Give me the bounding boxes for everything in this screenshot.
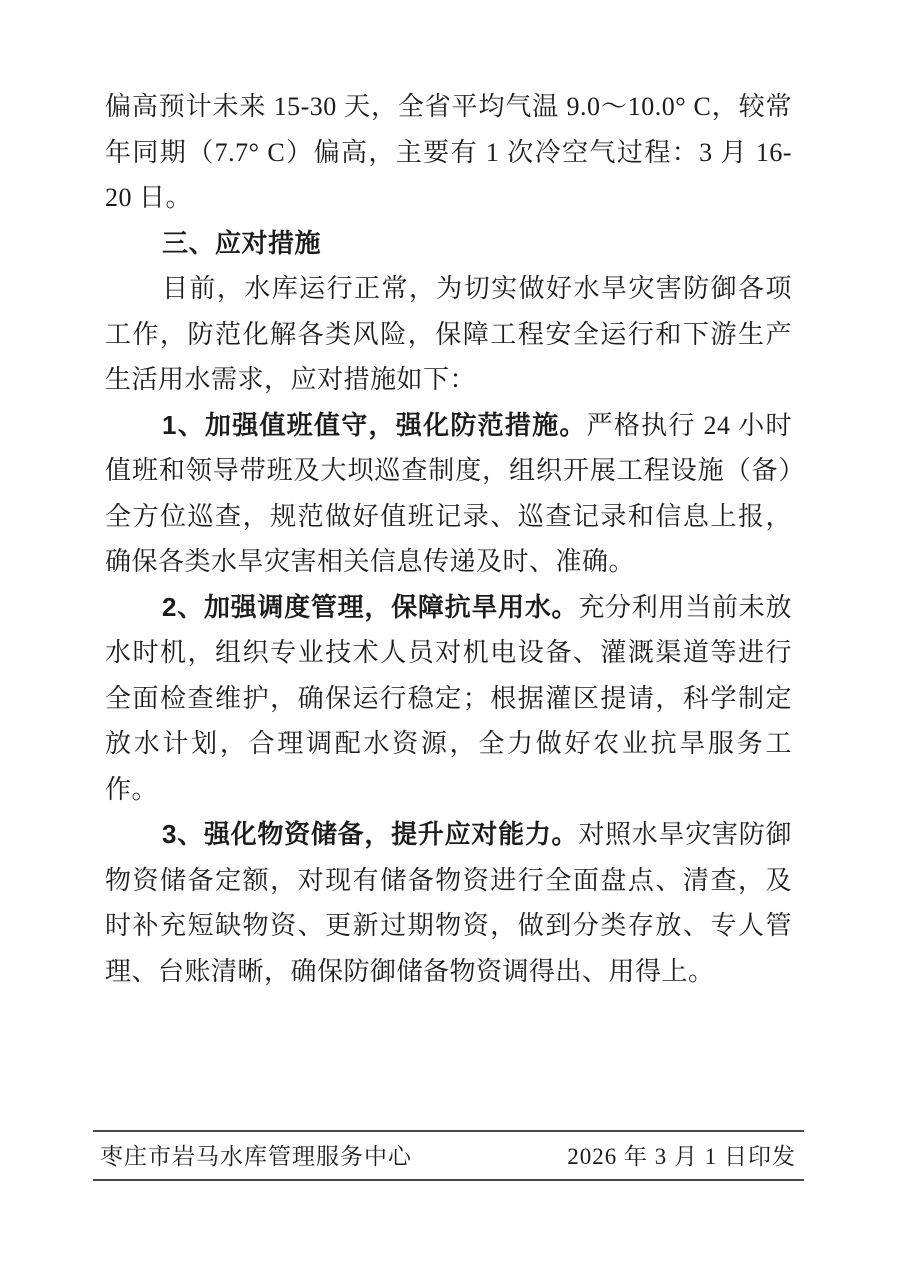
- print-date: 2026 年 3 月 1 日印发: [567, 1138, 796, 1171]
- issuer-name: 枣庄市岩马水库管理服务中心: [100, 1138, 412, 1171]
- section-heading: 三、应对措施: [105, 221, 792, 267]
- measure-1-title: 1、加强值班值守，强化防范措施。: [162, 410, 587, 440]
- measure-2-text: 充分利用当前未放水时机，组织专业技术人员对机电设备、灌溉渠道等进行全面检查维护，…: [105, 593, 792, 804]
- document-page: 偏高预计未来 15-30 天，全省平均气温 9.0～10.0° C，较常年同期（…: [0, 0, 900, 1277]
- document-body: 偏高预计未来 15-30 天，全省平均气温 9.0～10.0° C，较常年同期（…: [105, 84, 792, 994]
- paragraph-continuation: 偏高预计未来 15-30 天，全省平均气温 9.0～10.0° C，较常年同期（…: [105, 84, 792, 221]
- footer-top-rule: [93, 1130, 804, 1132]
- paragraph-measure-2: 2、加强调度管理，保障抗旱用水。充分利用当前未放水时机，组织专业技术人员对机电设…: [105, 585, 792, 813]
- page-footer: 枣庄市岩马水库管理服务中心 2026 年 3 月 1 日印发: [100, 1138, 796, 1171]
- paragraph-measure-1: 1、加强值班值守，强化防范措施。严格执行 24 小时值班和领导带班及大坝巡查制度…: [105, 403, 792, 585]
- measure-2-title: 2、加强调度管理，保障抗旱用水。: [162, 592, 578, 622]
- measure-3-title: 3、强化物资储备，提升应对能力。: [162, 819, 578, 849]
- paragraph-intro: 目前，水库运行正常，为切实做好水旱灾害防御各项工作，防范化解各类风险，保障工程安…: [105, 266, 792, 403]
- paragraph-measure-3: 3、强化物资储备，提升应对能力。对照水旱灾害防御物资储备定额，对现有储备物资进行…: [105, 812, 792, 994]
- footer-bottom-rule: [93, 1179, 804, 1181]
